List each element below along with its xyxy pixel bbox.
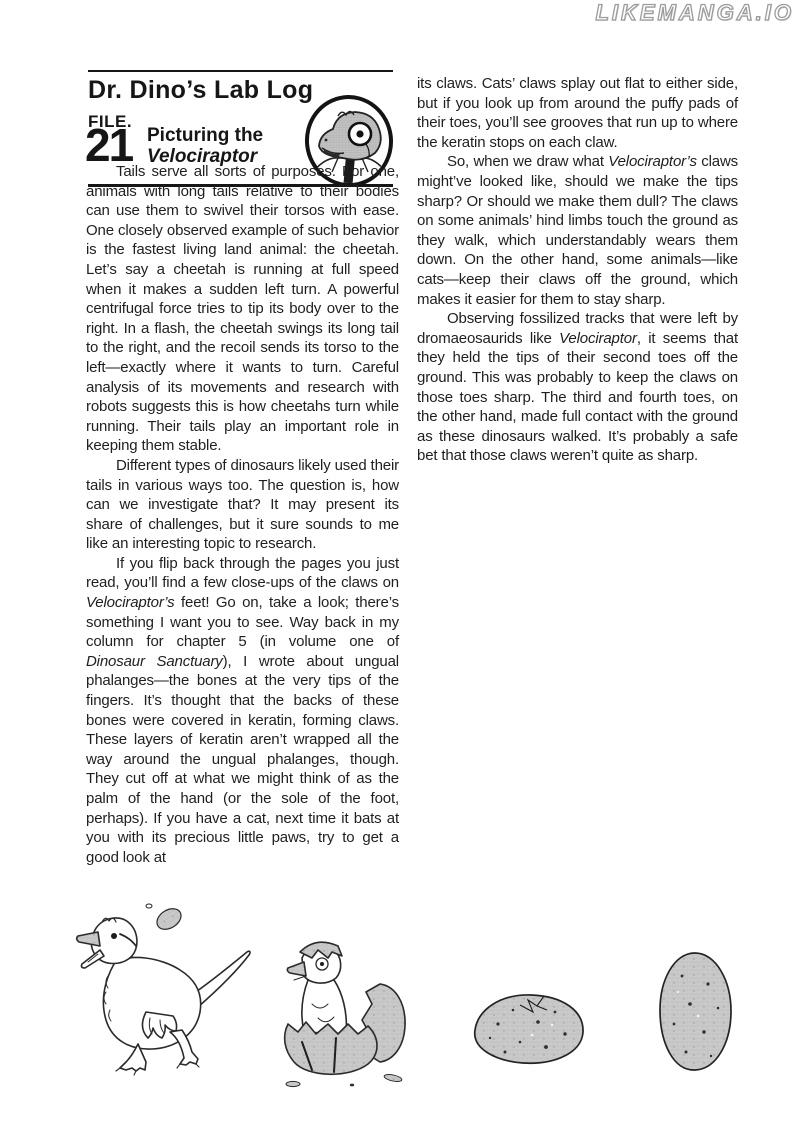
upright-speckled-egg-illustration bbox=[660, 953, 731, 1070]
episode-subtitle-line1: Picturing the bbox=[147, 125, 263, 147]
article-left-column: Tails serve all sorts of purposes. For o… bbox=[86, 162, 399, 867]
baby-velociraptor-walking-illustration bbox=[77, 904, 250, 1075]
paragraph: Observing fossilized tracks that were le… bbox=[417, 309, 738, 466]
header-top-divider bbox=[88, 70, 393, 72]
site-watermark: LIKEMANGA.IO bbox=[595, 0, 794, 26]
paragraph: Different types of dinosaurs likely used… bbox=[86, 456, 399, 554]
paragraph: If you flip back through the pages you j… bbox=[86, 554, 399, 868]
footer-illustration-strip bbox=[50, 892, 750, 1110]
paragraph: Tails serve all sorts of purposes. For o… bbox=[86, 162, 399, 456]
paragraph: So, when we draw what Velociraptor’s cla… bbox=[417, 152, 738, 309]
manga-page: { "watermark": { "text": "LIKEMANGA.IO" … bbox=[0, 0, 800, 1123]
paragraph: its claws. Cats’ claws splay out flat to… bbox=[417, 74, 738, 152]
column-series-title: Dr. Dino’s Lab Log bbox=[88, 76, 313, 105]
hatchling-in-broken-egg-illustration bbox=[285, 942, 405, 1086]
article-right-column: its claws. Cats’ claws splay out flat to… bbox=[417, 74, 738, 466]
cracked-egg-lying-illustration bbox=[475, 995, 583, 1063]
